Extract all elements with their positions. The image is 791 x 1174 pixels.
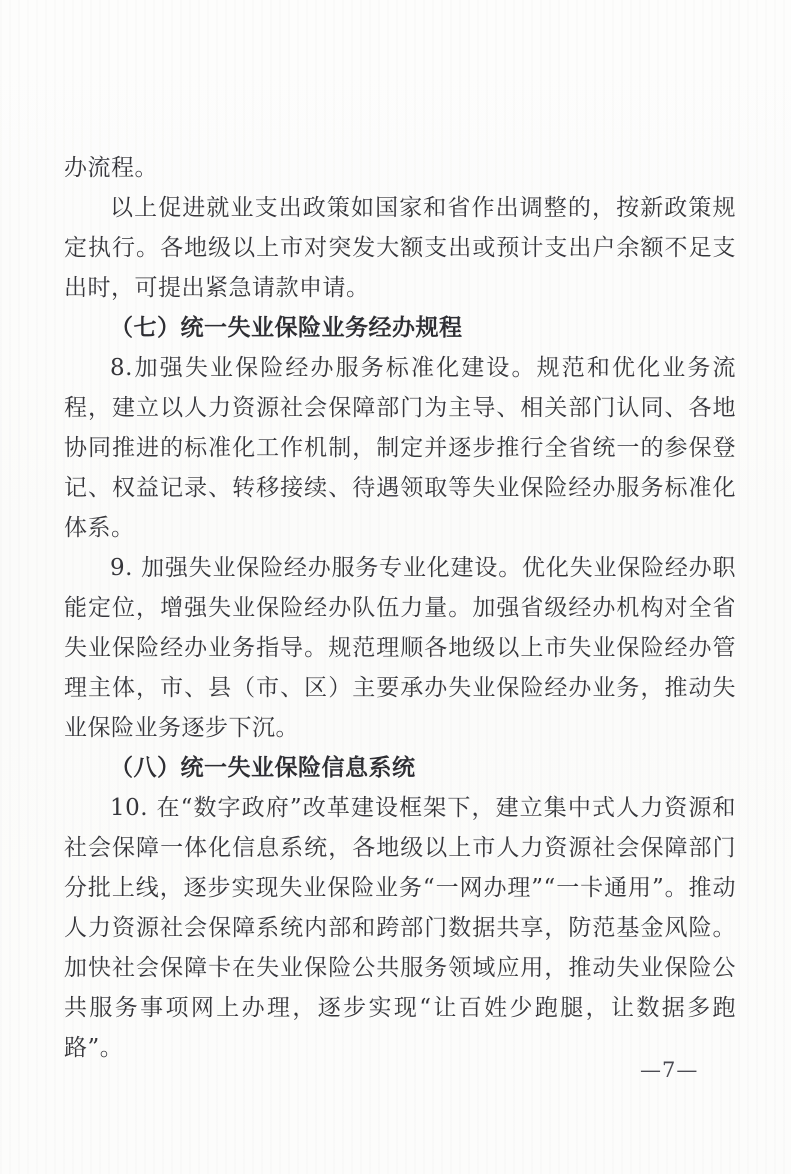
section-heading-7: （七）统一失业保险业务经办规程 <box>64 308 736 348</box>
document-page: 办流程。 以上促进就业支出政策如国家和省作出调整的，按新政策规定执行。各地级以上… <box>0 0 791 1174</box>
paragraph-continuation: 办流程。 <box>64 148 736 188</box>
page-number: —7— <box>640 1058 698 1082</box>
paragraph-item-9: 9. 加强失业保险经办服务专业化建设。优化失业保险经办职能定位，增强失业保险经办… <box>64 548 736 748</box>
paragraph-item-8: 8.加强失业保险经办服务标准化建设。规范和优化业务流程，建立以人力资源社会保障部… <box>64 348 736 548</box>
document-body: 办流程。 以上促进就业支出政策如国家和省作出调整的，按新政策规定执行。各地级以上… <box>64 148 736 1068</box>
paragraph: 以上促进就业支出政策如国家和省作出调整的，按新政策规定执行。各地级以上市对突发大… <box>64 188 736 308</box>
paragraph-item-10: 10. 在“数字政府”改革建设框架下，建立集中式人力资源和社会保障一体化信息系统… <box>64 788 736 1068</box>
section-heading-8: （八）统一失业保险信息系统 <box>64 748 736 788</box>
